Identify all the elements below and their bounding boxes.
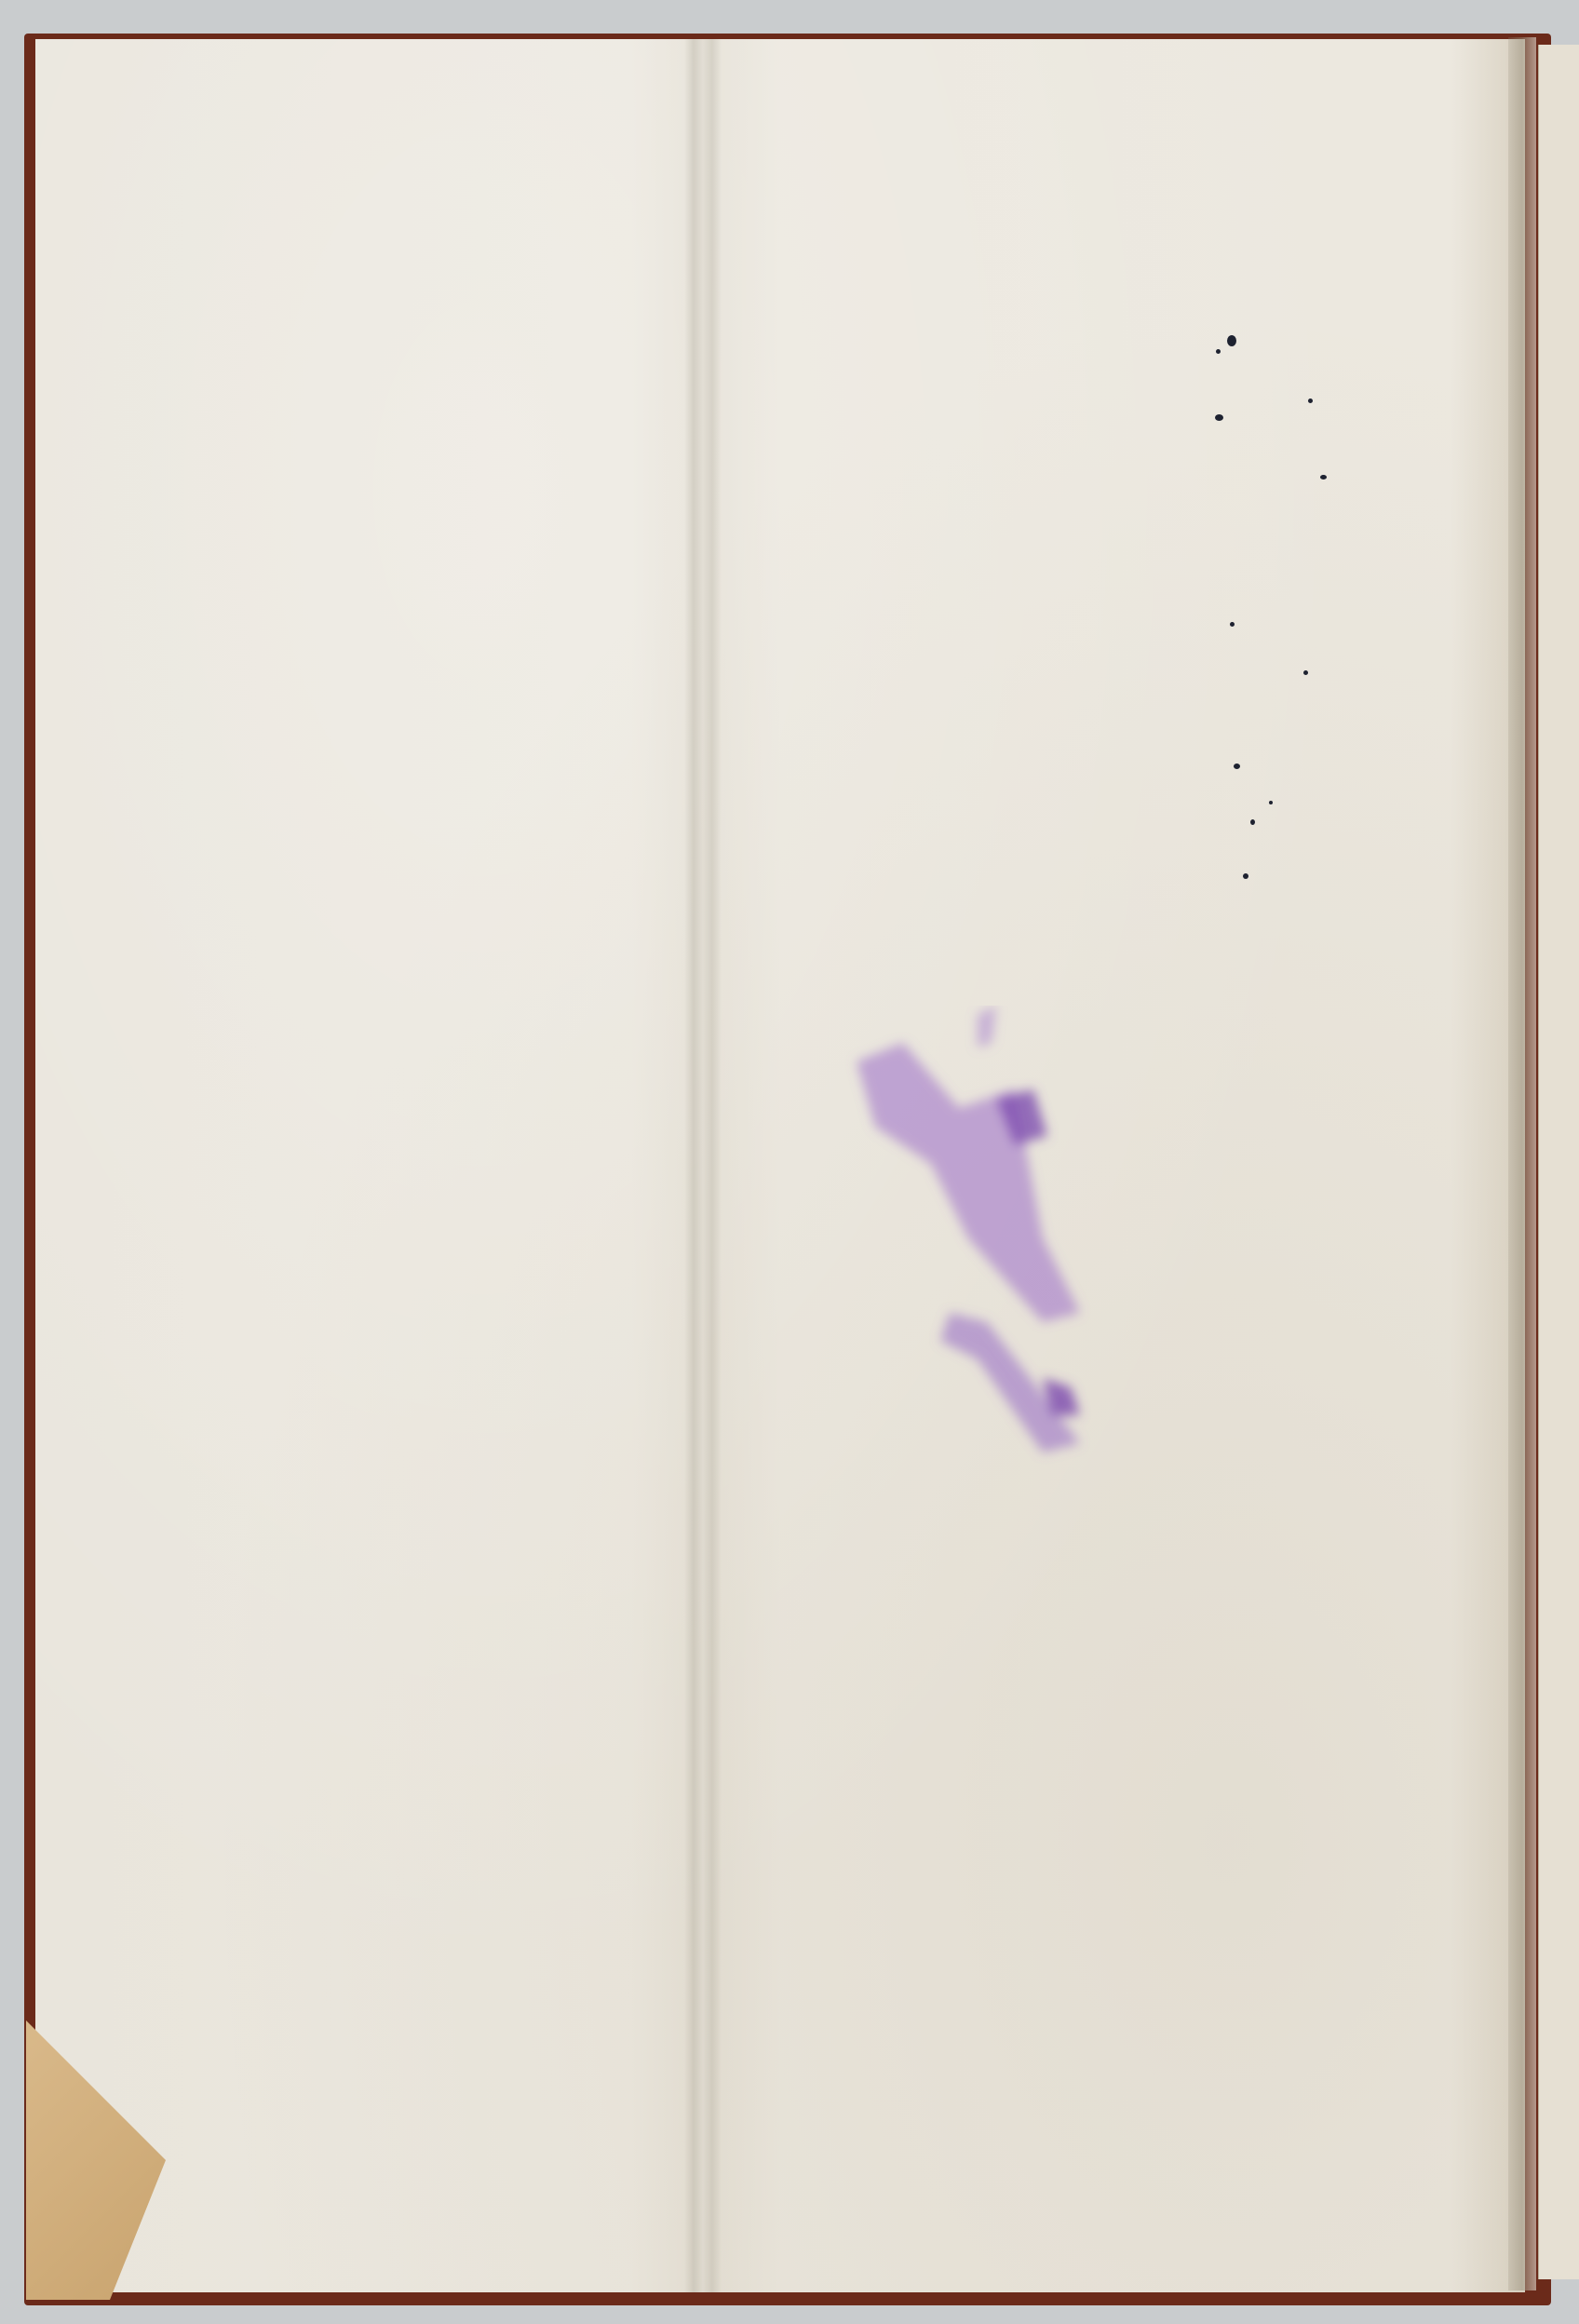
ink-spot (1230, 622, 1235, 627)
ink-spot (1216, 349, 1221, 354)
ink-spot (1227, 335, 1236, 346)
center-fold-crease (684, 39, 722, 2292)
ink-spot (1215, 414, 1223, 421)
ink-spot (1269, 801, 1273, 804)
ink-spot (1303, 670, 1308, 675)
binding-gutter (1508, 37, 1536, 2290)
ink-spot (1234, 763, 1240, 769)
purple-ink-stain (801, 1006, 1117, 1471)
ink-spot (1320, 475, 1327, 480)
blank-page (35, 39, 1525, 2292)
ink-spot (1243, 873, 1248, 879)
adjacent-page-edge (1538, 45, 1579, 2279)
ink-spot (1308, 399, 1313, 403)
ink-spot (1250, 819, 1255, 825)
